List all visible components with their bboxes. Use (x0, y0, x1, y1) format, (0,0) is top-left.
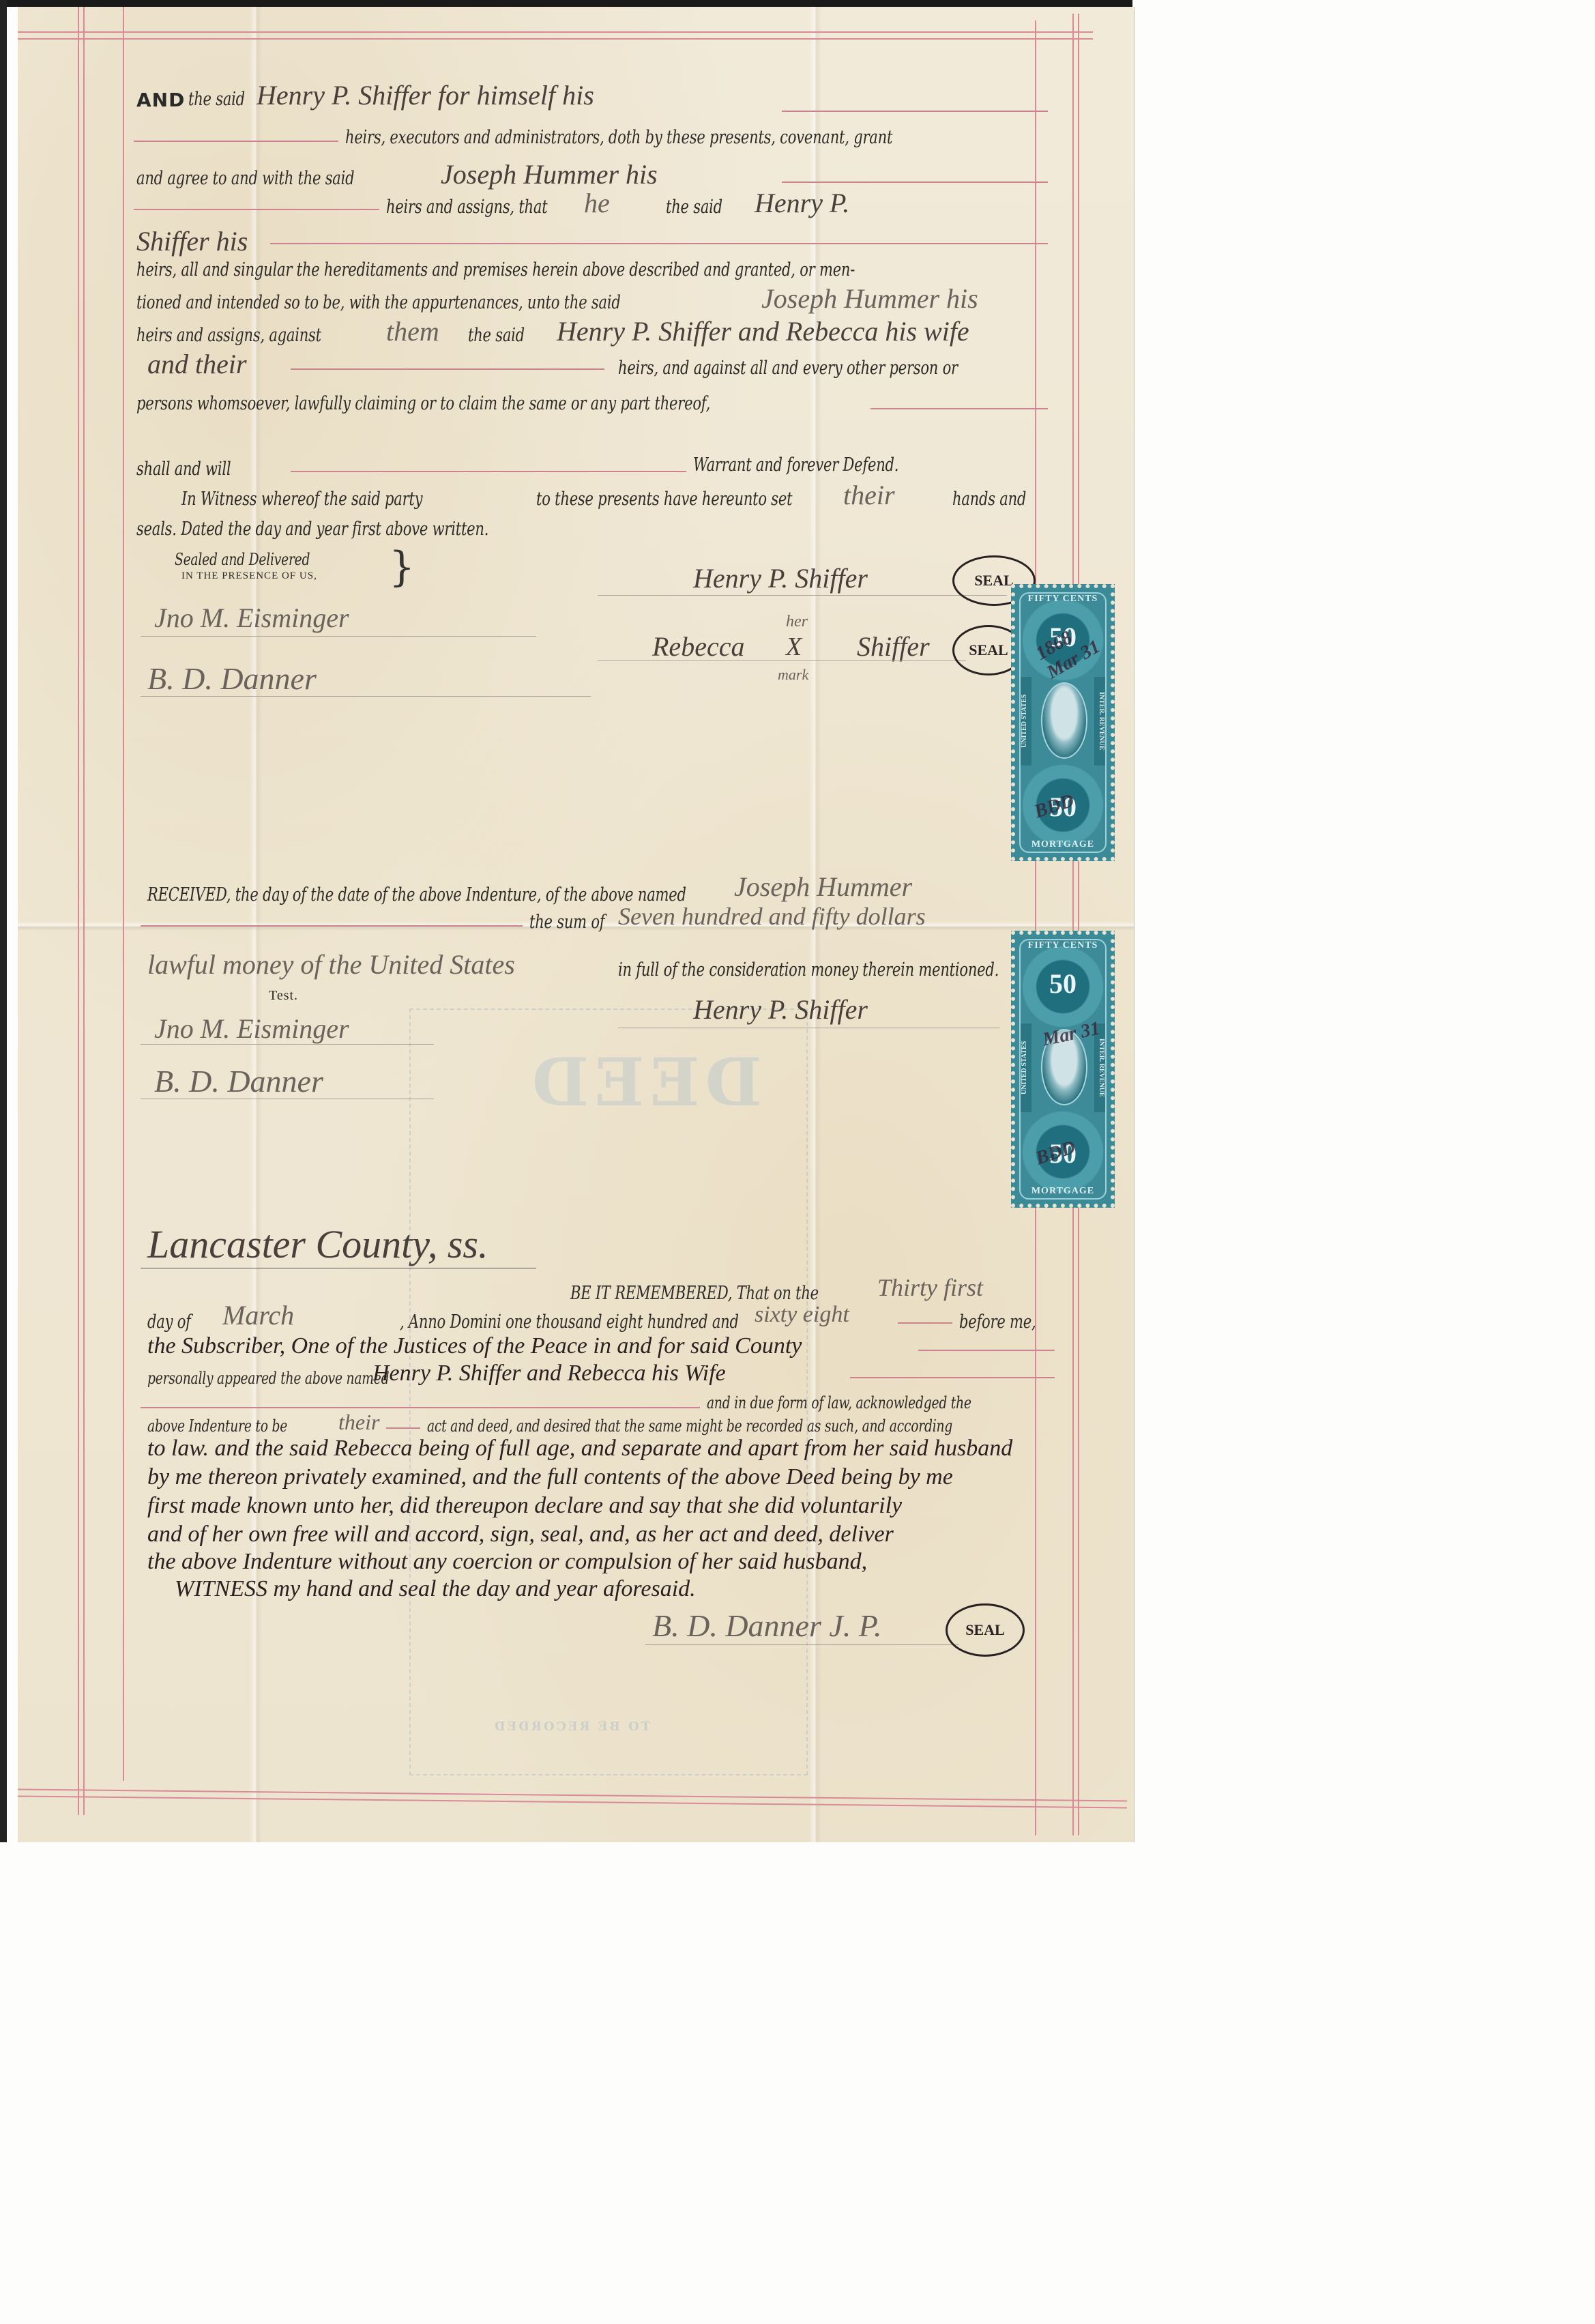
brace-icon: } (389, 543, 415, 591)
handwritten-grantor: Henry P. Shiffer for himself his (257, 79, 594, 111)
blank-line (141, 1407, 700, 1408)
handwritten-pronoun: their (843, 479, 895, 511)
printed-text: hands and (952, 489, 1026, 510)
scanner-edge-left (0, 0, 7, 1842)
printed-text: heirs and assigns, against (136, 325, 321, 346)
printed-text: heirs, all and singular the hereditament… (136, 259, 855, 280)
printed-text: shall and will (136, 459, 231, 480)
printed-text: the said (468, 325, 525, 346)
bleed-through-note: TO BE RECORDED (493, 1719, 650, 1734)
printed-text: seals. Dated the day and year first abov… (136, 519, 488, 540)
handwritten-pronoun: them (386, 315, 439, 347)
printed-text: heirs and assigns, that (386, 197, 547, 218)
printed-text: heirs, and against all and every other p… (618, 358, 958, 379)
printed-text: in full of the consideration money there… (618, 959, 999, 981)
signature-line (618, 1028, 1000, 1028)
deed-page: DEED TO BE RECORDED AND the said Henry P… (18, 7, 1134, 1842)
in-witness-text: In Witness whereof the said party (181, 489, 422, 510)
handwritten-certification: first made known unto her, did thereupon… (147, 1493, 902, 1519)
printed-text: day of (147, 1311, 191, 1333)
blank-line (291, 471, 686, 472)
and-heading: AND (136, 89, 185, 111)
printed-text: above Indenture to be (147, 1417, 287, 1436)
handwritten-pronoun: he (584, 187, 610, 219)
handwritten-subscriber: the Subscriber, One of the Justices of t… (147, 1333, 802, 1359)
printed-text: , Anno Domini one thousand eight hundred… (400, 1311, 739, 1333)
handwritten-year: sixty eight (755, 1302, 849, 1328)
printed-text: the said (188, 89, 245, 110)
blank-line (850, 1377, 1055, 1378)
seal-label: SEAL (965, 1621, 1004, 1639)
justice-signature: B. D. Danner J. P. (652, 1608, 881, 1644)
border-rule-top (18, 31, 1093, 33)
revenue-stamp: FIFTY CENTS 50 UNITED STATES INTER. REVE… (1011, 931, 1115, 1208)
handwritten-parties: Henry P. Shiffer and Rebecca his Wife (372, 1361, 726, 1386)
handwritten-day: Thirty first (877, 1273, 983, 1302)
x-mark: X (786, 632, 802, 662)
stamp-type: MORTGAGE (1015, 1186, 1111, 1197)
county-underline (141, 1268, 536, 1268)
mark-label: her (786, 613, 808, 631)
stamp-denomination: FIFTY CENTS (1015, 594, 1111, 605)
received-text: RECEIVED, the day of the date of the abo… (147, 884, 686, 905)
blank-line (270, 243, 1048, 244)
border-rule-bottom (18, 1795, 1127, 1808)
handwritten-grantors: Henry P. Shiffer and Rebecca his wife (557, 315, 969, 347)
seal-label: SEAL (969, 641, 1008, 659)
margin-rule-right (1078, 14, 1079, 1835)
presence-label: IN THE PRESENCE OF US, (181, 570, 317, 582)
blank-line (134, 141, 338, 142)
washington-portrait-icon (1041, 682, 1087, 759)
handwritten-pronoun: their (338, 1410, 379, 1435)
handwritten-certification: and of her own free will and accord, sig… (147, 1522, 894, 1548)
signature-line (645, 1644, 959, 1645)
printed-text: tioned and intended so to be, with the a… (136, 292, 621, 313)
be-it-remembered-text: BE IT REMEMBERED, That on the (570, 1283, 819, 1304)
county-heading: Lancaster County, ss. (147, 1221, 488, 1267)
signature-line (598, 595, 1007, 596)
grantor-signature: Shiffer (857, 630, 930, 663)
printed-text: personally appeared the above named (147, 1369, 389, 1388)
handwritten-certification: by me thereon privately examined, and th… (147, 1464, 953, 1490)
stamp-denomination: FIFTY CENTS (1015, 940, 1111, 951)
sealed-delivered-label: Sealed and Delivered (175, 550, 310, 569)
scanner-edge-top (0, 0, 1132, 7)
grantor-signature: Rebecca (652, 630, 744, 663)
handwritten-text: and their (147, 348, 247, 380)
signature-line (141, 636, 536, 637)
margin-rule-left-inner (123, 7, 124, 1781)
bleed-through-word: DEED (527, 1044, 762, 1121)
stamp-country: UNITED STATES (1021, 1023, 1031, 1112)
blank-line (782, 181, 1048, 183)
handwritten-certification: the above Indenture without any coercion… (147, 1549, 867, 1575)
printed-text: heirs, executors and administrators, dot… (345, 127, 892, 148)
blank-line (386, 1427, 420, 1429)
blank-line (870, 408, 1048, 409)
seal-label: SEAL (974, 572, 1013, 590)
revenue-stamp: FIFTY CENTS 50 UNITED STATES INTER. REVE… (1011, 584, 1115, 861)
printed-text: act and deed, and desired that the same … (427, 1417, 952, 1436)
printed-text: persons whomsoever, lawfully claiming or… (136, 393, 710, 414)
stamp-value: 50 (1015, 968, 1111, 1000)
justice-seal: SEAL (946, 1603, 1025, 1657)
mark-label: mark (778, 666, 808, 684)
witness-signature: Jno M. Eisminger (154, 602, 349, 634)
printed-text: and in due form of law, acknowledged the (707, 1393, 971, 1412)
margin-rule-left (78, 7, 79, 1815)
stamp-country: UNITED STATES (1021, 677, 1031, 766)
warrant-defend-text: Warrant and forever Defend. (693, 454, 898, 476)
grantor-signature: Henry P. Shiffer (693, 562, 868, 594)
stamp-type: MORTGAGE (1015, 839, 1111, 850)
handwritten-grantee: Joseph Hummer his (761, 282, 978, 315)
handwritten-month: March (222, 1299, 294, 1331)
grantor-receipt-signature: Henry P. Shiffer (693, 993, 868, 1026)
printed-text: the sum of (529, 912, 604, 933)
bleed-through-endorsement: DEED TO BE RECORDED (409, 1008, 808, 1775)
blank-line (898, 1322, 952, 1324)
signature-line (141, 1099, 434, 1099)
test-label: Test. (269, 988, 298, 1004)
printed-text: before me, (959, 1311, 1036, 1333)
handwritten-name: Henry P. (755, 187, 849, 219)
blank-line (141, 925, 523, 927)
signature-line (141, 696, 591, 697)
witness-signature: Jno M. Eisminger (154, 1013, 349, 1045)
handwritten-name: Shiffer his (136, 225, 248, 257)
printed-text: to these presents have hereunto set (536, 489, 792, 510)
signature-line (598, 660, 966, 661)
witness-signature: B. D. Danner (154, 1063, 323, 1099)
blank-line (291, 368, 604, 370)
border-rule-bottom (18, 1788, 1127, 1801)
witness-signature: B. D. Danner (147, 660, 317, 697)
signature-line (141, 1044, 434, 1045)
handwritten-currency: lawful money of the United States (147, 948, 515, 981)
printed-text: and agree to and with the said (136, 168, 354, 189)
margin-rule-right (1072, 14, 1074, 1835)
handwritten-certification: to law. and the said Rebecca being of fu… (147, 1436, 1012, 1462)
handwritten-grantee: Joseph Hummer his (441, 158, 658, 190)
handwritten-amount: Seven hundred and fifty dollars (618, 902, 926, 931)
border-rule-top (18, 38, 1093, 40)
stamp-revenue: INTER. REVENUE (1094, 677, 1105, 766)
blank-line (918, 1350, 1055, 1351)
blank-line (782, 111, 1048, 112)
witness-clause: WITNESS my hand and seal the day and yea… (175, 1576, 696, 1602)
blank-line (134, 209, 379, 210)
margin-rule-right (1035, 20, 1036, 1835)
margin-rule-left (83, 7, 85, 1815)
handwritten-payer: Joseph Hummer (734, 871, 912, 903)
printed-text: the said (666, 197, 722, 218)
